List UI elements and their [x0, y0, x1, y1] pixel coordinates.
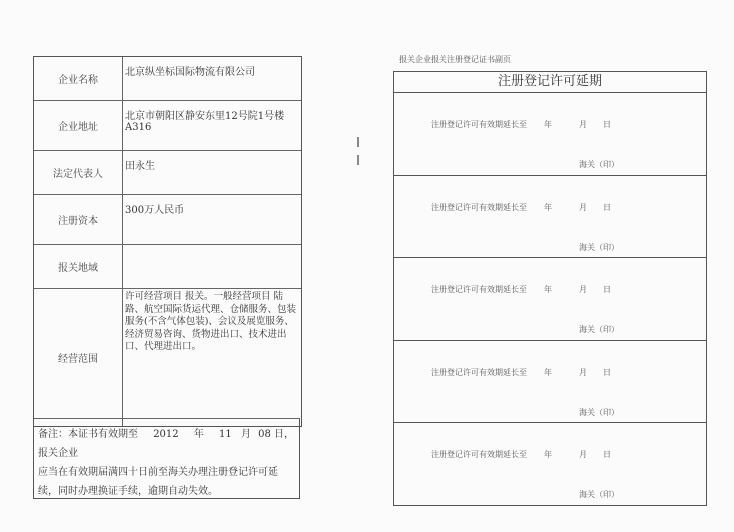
month-unit: 月 [579, 449, 587, 460]
note-year-unit: 年 [194, 429, 204, 440]
registration-info-table: 企业名称 北京纵坐标国际物流有限公司 企业地址 北京市朝阳区静安东里12号院1号… [33, 56, 302, 427]
value-registered-capital: 300万人民币 [123, 195, 301, 244]
row-company-name: 企业名称 北京纵坐标国际物流有限公司 [34, 57, 301, 101]
month-unit: 月 [579, 367, 587, 378]
row-business-scope: 经营范围 许可经营项目 报关。一般经营项目 陆路、航空国际货运代理、仓储服务、包… [34, 289, 301, 426]
customs-stamp-label: 海关（印） [579, 489, 619, 500]
label-registered-capital: 注册资本 [34, 195, 123, 244]
year-unit: 年 [544, 367, 552, 378]
day-unit: 日 [603, 119, 611, 130]
row-registered-capital: 注册资本 300万人民币 [34, 195, 301, 245]
page-header: 报关企业报关注册登记证书副页 [399, 54, 511, 65]
day-unit: 日 [603, 284, 611, 295]
label-company-address: 企业地址 [34, 101, 123, 150]
note-year: 2012 [153, 429, 178, 440]
value-legal-rep: 田永生 [123, 151, 301, 194]
value-business-scope: 许可经营项目 报关。一般经营项目 陆路、航空国际货运代理、仓储服务、包装服务(不… [123, 289, 301, 426]
extension-label: 注册登记许可有效期延长至 [431, 119, 527, 130]
year-unit: 年 [544, 119, 552, 130]
note-month-unit: 月 [241, 429, 251, 440]
extension-table: 注册登记许可延期 注册登记许可有效期延长至年月日海关（印）注册登记许可有效期延长… [393, 71, 707, 506]
extension-block: 注册登记许可有效期延长至年月日海关（印） [394, 176, 706, 259]
note-month: 11 [219, 429, 232, 440]
extension-label: 注册登记许可有效期延长至 [431, 202, 527, 213]
day-unit: 日 [603, 449, 611, 460]
month-unit: 月 [579, 119, 587, 130]
extension-block: 注册登记许可有效期延长至年月日海关（印） [394, 93, 706, 176]
note-rest: 应当在有效期届满四十日前至海关办理注册登记许可延续，同时办理换证手续，逾期自动失… [38, 467, 278, 497]
customs-stamp-label: 海关（印） [579, 242, 619, 253]
note-day: 08 [258, 429, 271, 440]
extension-block: 注册登记许可有效期延长至年月日海关（印） [394, 258, 706, 341]
customs-stamp-label: 海关（印） [579, 324, 619, 335]
binding-hole-mark [357, 155, 359, 165]
note-prefix: 备注：本证书有效期至 [38, 429, 138, 440]
day-unit: 日 [603, 367, 611, 378]
row-company-address: 企业地址 北京市朝阳区静安东里12号院1号楼A316 [34, 101, 301, 151]
value-company-address: 北京市朝阳区静安东里12号院1号楼A316 [123, 101, 301, 150]
month-unit: 月 [579, 284, 587, 295]
year-unit: 年 [544, 202, 552, 213]
row-customs-region: 报关地域 [34, 245, 301, 289]
label-legal-rep: 法定代表人 [34, 151, 123, 194]
year-unit: 年 [544, 284, 552, 295]
year-unit: 年 [544, 449, 552, 460]
extension-block: 注册登记许可有效期延长至年月日海关（印） [394, 341, 706, 424]
value-customs-region [123, 245, 301, 288]
extension-label: 注册登记许可有效期延长至 [431, 284, 527, 295]
month-unit: 月 [579, 202, 587, 213]
customs-stamp-label: 海关（印） [579, 407, 619, 418]
day-unit: 日 [603, 202, 611, 213]
remarks-note: 备注：本证书有效期至 2012 年 11 月 08 日，报关企业 应当在有效期届… [33, 418, 300, 499]
value-company-name: 北京纵坐标国际物流有限公司 [123, 57, 301, 100]
extension-label: 注册登记许可有效期延长至 [431, 367, 527, 378]
label-business-scope: 经营范围 [34, 289, 123, 426]
extension-title: 注册登记许可延期 [394, 72, 706, 93]
label-company-name: 企业名称 [34, 57, 123, 100]
customs-stamp-label: 海关（印） [579, 159, 619, 170]
label-customs-region: 报关地域 [34, 245, 123, 288]
extension-label: 注册登记许可有效期延长至 [431, 449, 527, 460]
row-legal-rep: 法定代表人 田永生 [34, 151, 301, 195]
binding-hole-mark [357, 137, 359, 147]
extension-block: 注册登记许可有效期延长至年月日海关（印） [394, 423, 706, 505]
